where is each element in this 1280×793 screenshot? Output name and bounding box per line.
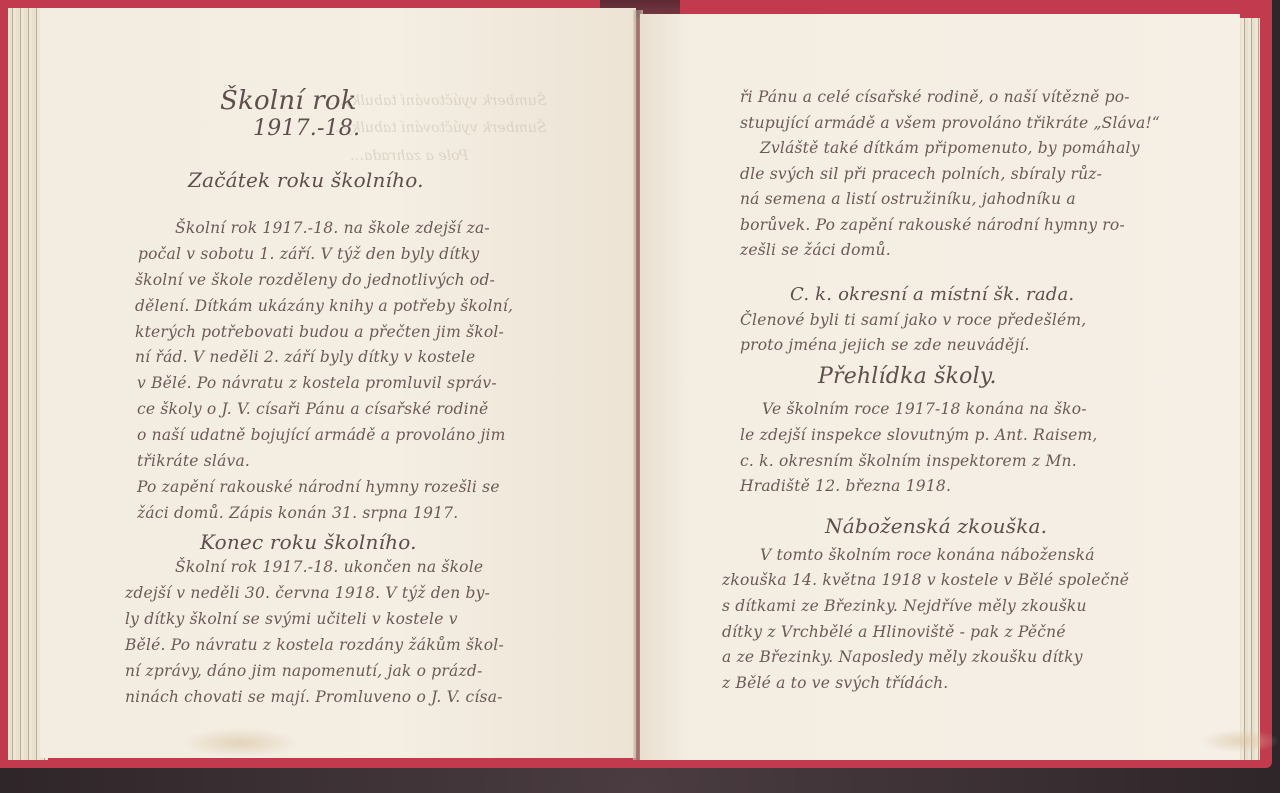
text-line: Po zapění rakouské národní hymny rozešli…	[137, 478, 500, 496]
text-line: třikráte sláva.	[137, 452, 250, 470]
text-line: dítky z Vrchbělé a Hlinoviště - pak z Pě…	[722, 623, 1066, 641]
text-line: dle svých sil při pracech polních, sbíra…	[740, 165, 1102, 183]
text-line: ři Pánu a celé císařské rodině, o naší v…	[740, 88, 1130, 106]
text-line: Členové byli ti samí jako v roce předešl…	[740, 311, 1086, 329]
bleed-through-text: Šumberk vyúčtování tabulky…	[330, 120, 547, 136]
text-line: z Bělé a to ve svých třídách.	[722, 674, 948, 692]
text-line: V tomto školním roce konána náboženská	[760, 546, 1095, 564]
section-heading: Začátek roku školního.	[188, 168, 424, 192]
text-line: žáci domů. Zápis konán 31. srpna 1917.	[137, 504, 458, 522]
section-heading: Přehlídka školy.	[818, 364, 997, 389]
section-heading: Náboženská zkouška.	[825, 514, 1047, 538]
text-line: stupující armádě a všem provoláno třikrá…	[740, 114, 1160, 132]
left-page: Šumberk vyúčtování tabulky… Šumberk vyúč…	[40, 8, 636, 758]
section-heading: Konec roku školního.	[200, 530, 417, 554]
right-page: ři Pánu a celé císařské rodině, o naší v…	[640, 14, 1240, 760]
text-line: le zdejší inspekce slovutným p. Ant. Rai…	[740, 426, 1098, 444]
text-line: ní řád. V neděli 2. září byly dítky v ko…	[135, 348, 475, 366]
text-line: ninách chovati se mají. Promluveno o J. …	[125, 688, 503, 706]
text-line: ly dítky školní se svými učiteli v koste…	[125, 610, 458, 628]
text-line: a ze Březinky. Naposledy měly zkoušku dí…	[722, 648, 1083, 666]
text-line: Bělé. Po návratu z kostela rozdány žákům…	[125, 636, 504, 654]
text-line: kterých potřebovati budou a přečten jim …	[135, 323, 504, 341]
text-line: Školní rok 1917.-18. na škole zdejší za-	[175, 219, 490, 237]
page-title: Školní rok	[220, 86, 357, 116]
text-line: zešli se žáci domů.	[740, 241, 891, 259]
text-line: Ve školním roce 1917-18 konána na ško-	[762, 400, 1087, 418]
section-heading: C. k. okresní a místní šk. rada.	[790, 284, 1074, 305]
text-line: zkouška 14. května 1918 v kostele v Bělé…	[722, 571, 1129, 589]
text-line: v Bělé. Po návratu z kostela promluvil s…	[137, 374, 497, 392]
text-line: ná semena a listí ostružiníku, jahodníku…	[740, 190, 1076, 208]
text-line: školní ve škole rozděleny do jednotlivýc…	[135, 271, 495, 289]
text-line: Hradiště 12. března 1918.	[740, 477, 951, 495]
paper-stain	[180, 728, 300, 758]
page-title-year: 1917.-18.	[253, 116, 360, 141]
text-line: ce školy o J. V. císaři Pánu a císařské …	[137, 400, 488, 418]
paper-stain	[1200, 729, 1280, 753]
text-line: s dítkami ze Březinky. Nejdříve měly zko…	[722, 597, 1087, 615]
text-line: dělení. Dítkám ukázány knihy a potřeby š…	[135, 297, 513, 315]
bleed-through-text: Šumberk vyúčtování tabulky…	[330, 93, 547, 109]
text-line: Zvláště také dítkám připomenuto, by pomá…	[760, 139, 1140, 157]
text-line: c. k. okresním školním inspektorem z Mn.	[740, 452, 1077, 470]
text-line: borůvek. Po zapění rakouské národní hymn…	[740, 216, 1125, 234]
bleed-through-text: Pole a zahrada…	[350, 148, 468, 164]
text-line: Školní rok 1917.-18. ukončen na škole	[175, 558, 483, 576]
text-line: zdejší v neděli 30. června 1918. V týž d…	[125, 584, 490, 602]
text-line: ní zprávy, dáno jim napomenutí, jak o pr…	[125, 662, 482, 680]
text-line: počal v sobotu 1. září. V týž den byly d…	[138, 245, 479, 263]
text-line: proto jména jejich se zde neuvádějí.	[740, 336, 1030, 354]
text-line: o naší udatně bojující armádě a provolán…	[137, 426, 506, 444]
